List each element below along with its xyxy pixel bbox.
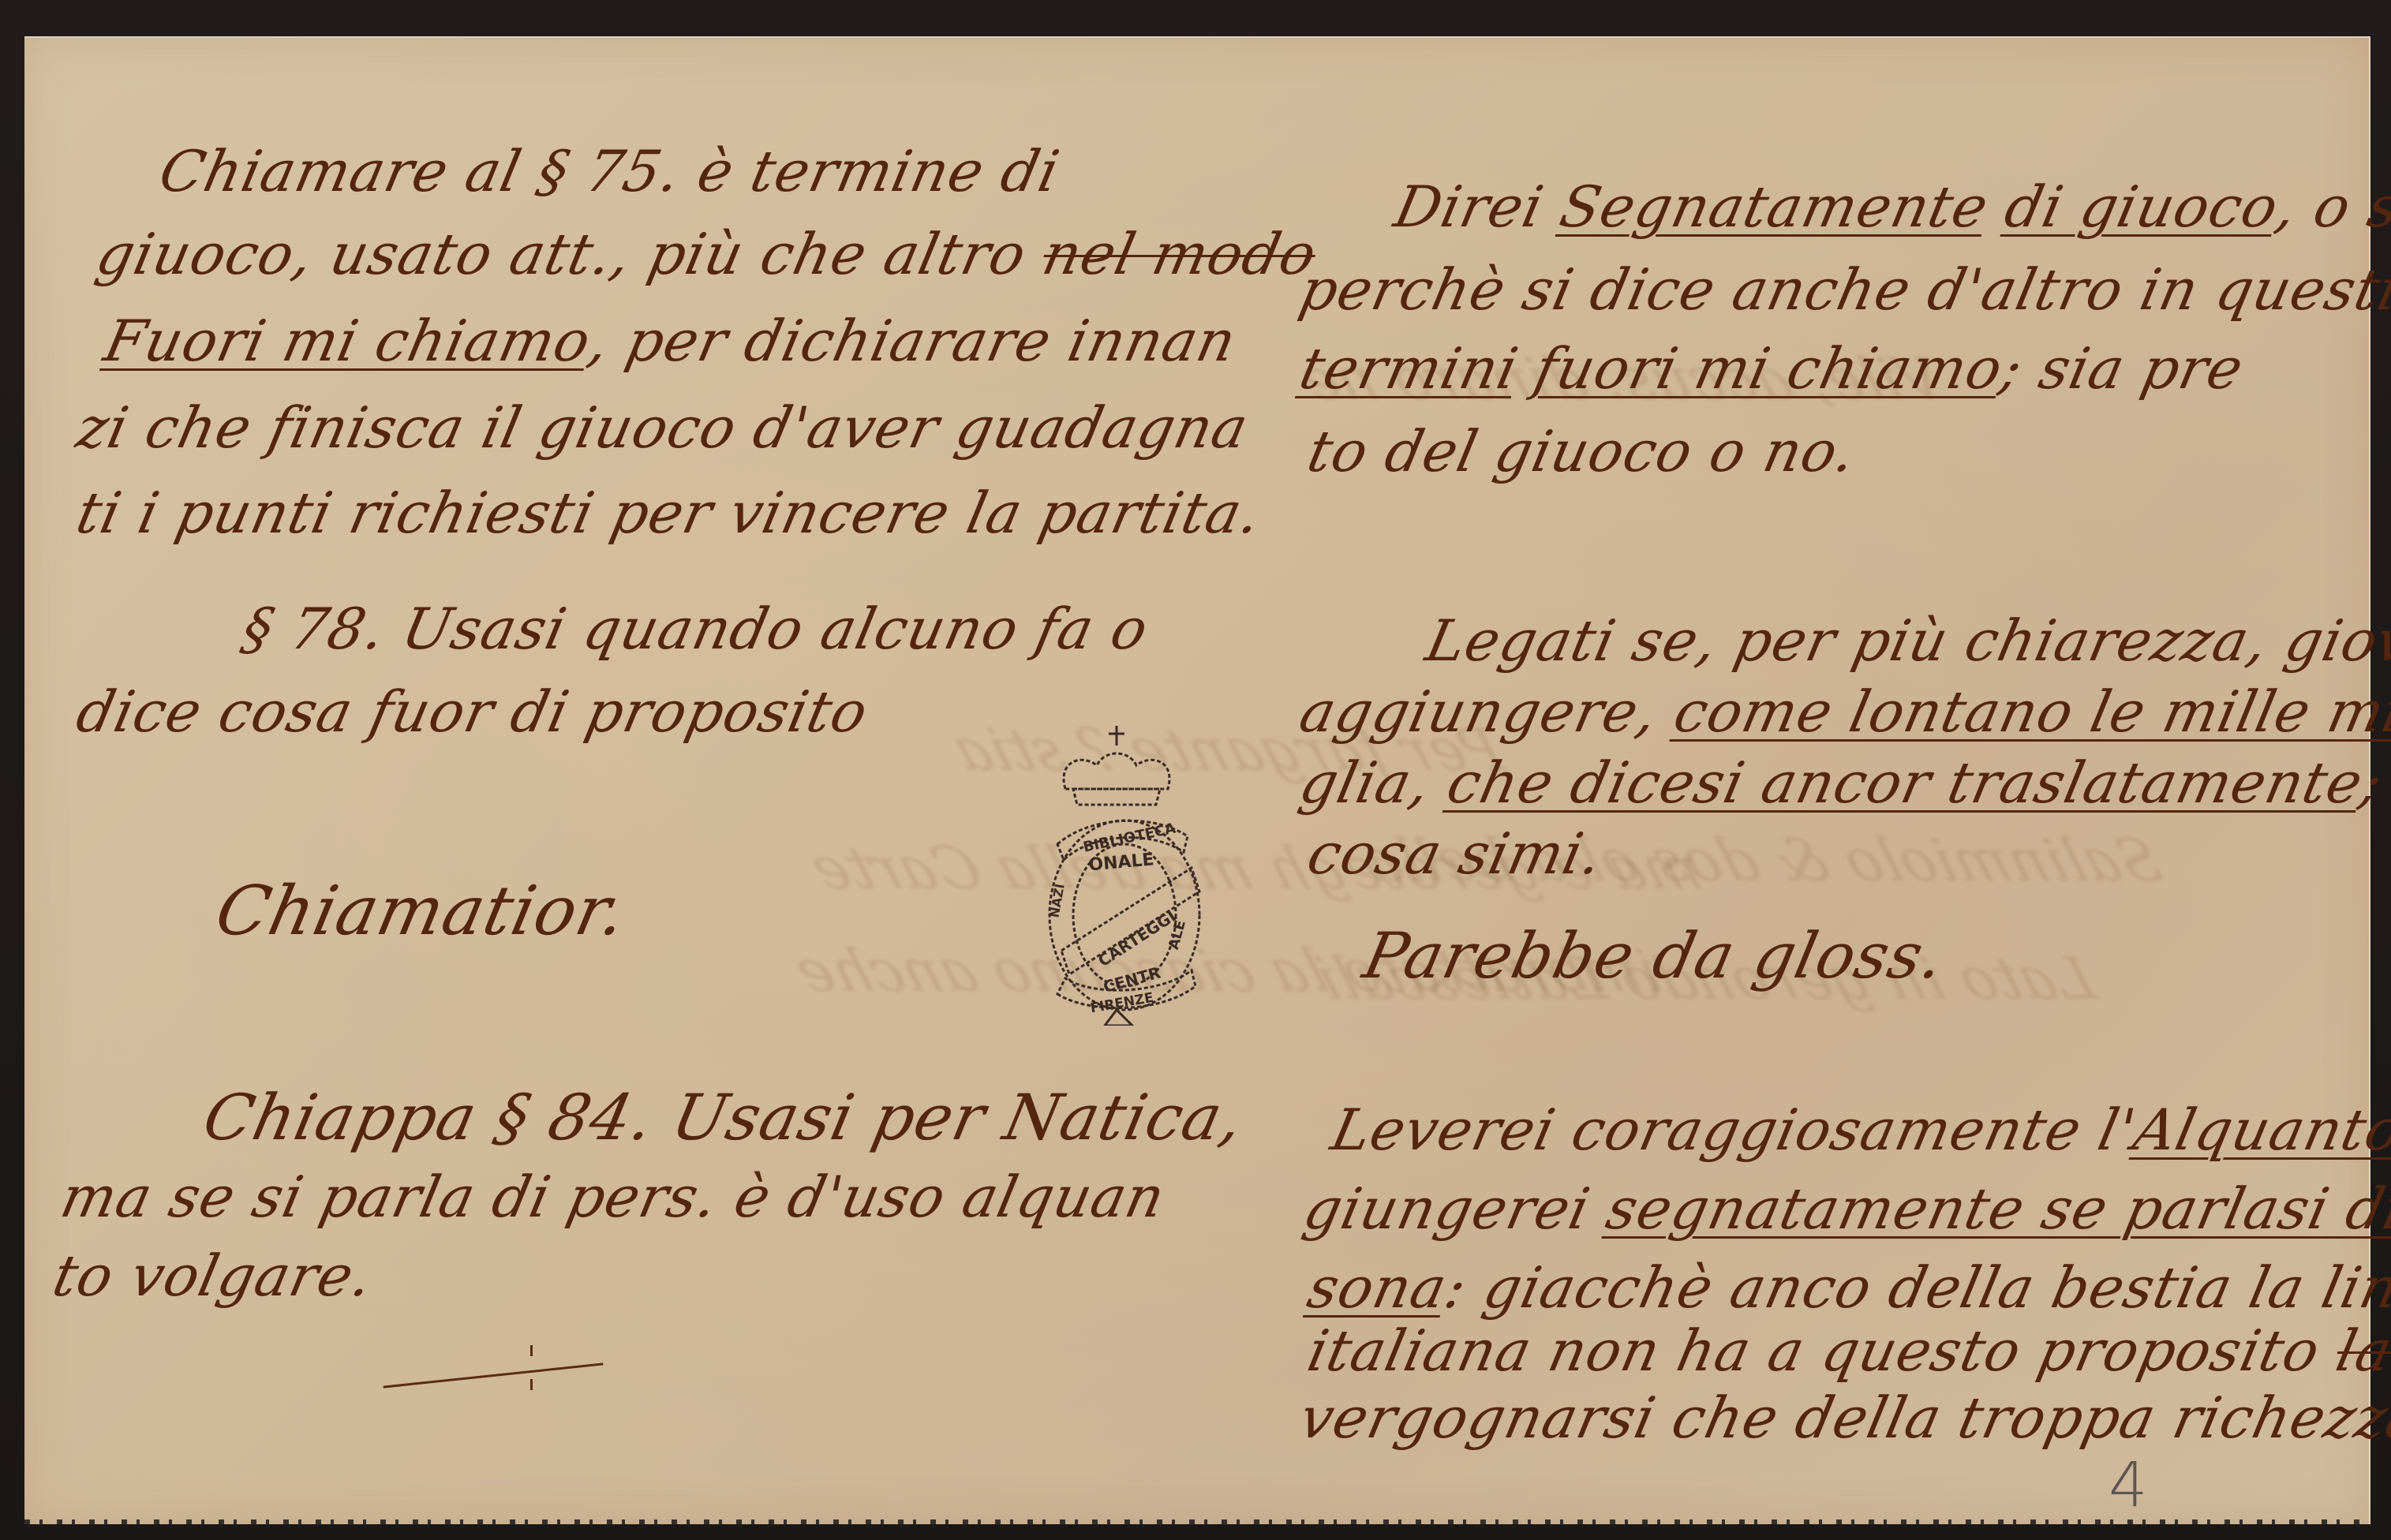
right-line-6: aggiungere, come lontano le mille mi (1294, 678, 2391, 745)
struck-text: nel modo (1037, 221, 1323, 287)
closing-tick-top (530, 1345, 533, 1356)
text: dice cosa fuor di proposito (71, 678, 874, 745)
text: zi che finisca il giuoco d'aver guadagna (71, 394, 1255, 461)
library-stamp: BIBLIOTECA ONALE NAZI CARTEGGI CENTR ALE… (1042, 714, 1211, 1026)
underlined-text: termini (1294, 335, 1525, 402)
right-line-9: Parebbe da gloss. (1357, 919, 1951, 992)
left-line-4: zi che finisca il giuoco d'aver guadagna (71, 394, 1255, 461)
right-line-1: Direi Segnatamente di giuoco, o simi, (1389, 174, 2391, 240)
text: perchè si dice anche d'altro in questi (1294, 256, 2391, 323)
text: vergognarsi che della troppa richezza. (1294, 1385, 2391, 1451)
svg-text:FIRENZE: FIRENZE (1089, 990, 1154, 1017)
closing-tick-bottom (530, 1379, 533, 1390)
left-line-10: ma se si parla di pers. è d'uso alquan (55, 1164, 1171, 1230)
underlined-text: come lontano le mille mi (1668, 678, 2391, 745)
right-line-4: to del giuoco o no. (1302, 418, 1862, 484)
text: Chiappa § 84. Usasi per Natica, (197, 1081, 1250, 1154)
right-line-13: italiana non ha a questo proposito la da (1302, 1318, 2391, 1384)
text: to del giuoco o no. (1302, 418, 1862, 484)
underlined-text: Alquanto (2128, 1097, 2391, 1163)
left-line-2: giuoco, usato att., più che altro nel mo… (91, 221, 1323, 287)
text: cosa simi. (1302, 820, 1608, 887)
left-line-5: ti i punti richiesti per vincere la part… (71, 480, 1267, 546)
left-line-1: Chiamare al § 75. è termine di (154, 138, 1065, 204)
text: Chiamare al § 75. è termine di (154, 138, 1065, 204)
underlined-text: sona (1302, 1254, 1453, 1321)
underlined-text: Segnatamente (1555, 174, 1995, 240)
text: Legati se, per più chiarezza, giovi (1420, 607, 2391, 674)
text: italiana non ha a questo proposito (1302, 1318, 2345, 1384)
right-line-8: cosa simi. (1302, 820, 1608, 887)
stamp-crest-icon: BIBLIOTECA ONALE NAZI CARTEGGI CENTR ALE… (1042, 714, 1211, 1026)
text: glia, (1294, 749, 1456, 816)
left-line-6: § 78. Usasi quando alcuno fa o (237, 596, 1154, 662)
right-line-12: sona: giacchè anco della bestia la lingu… (1302, 1254, 2391, 1321)
right-line-10: Leverei coraggiosamente l'Alquanto: ag (1326, 1097, 2391, 1163)
svg-text:CARTEGGI: CARTEGGI (1094, 906, 1179, 970)
text: Direi (1389, 174, 1569, 240)
text: aggiungere, (1294, 678, 1682, 745)
left-line-11: to volgare. (47, 1243, 379, 1309)
svg-text:BIBLIOTECA: BIBLIOTECA (1082, 820, 1177, 855)
right-line-2: perchè si dice anche d'altro in questi (1294, 256, 2391, 323)
left-line-9: Chiappa § 84. Usasi per Natica, (197, 1081, 1250, 1154)
text: giuoco, usato att., più che altro (91, 221, 1051, 287)
underlined-text: Fuori mi chiamo (99, 308, 597, 374)
text: ti i punti richiesti per vincere la part… (71, 480, 1267, 546)
underlined-text: segnatamente se parlasi di per (1601, 1176, 2391, 1242)
right-line-11: giungerei segnatamente se parlasi di per (1298, 1176, 2391, 1242)
text: ma se si parla di pers. è d'uso alquan (55, 1164, 1171, 1230)
underlined-text: che dicesi ancor traslatamente (1442, 749, 2369, 816)
right-line-14: vergognarsi che della troppa richezza. (1294, 1385, 2391, 1451)
underlined-text: fuori mi chiamo (1529, 335, 2009, 402)
underlined-text: di giuoco (2000, 174, 2284, 240)
page-number: 4 (2108, 1450, 2148, 1521)
text: , o simi, (2270, 174, 2391, 240)
left-line-7: dice cosa fuor di proposito (71, 678, 874, 745)
text: giungerei (1298, 1176, 1615, 1242)
right-line-5: Legati se, per più chiarezza, giovi (1420, 607, 2391, 674)
text: Parebbe da gloss. (1357, 919, 1951, 992)
text: : giacchè anco della bestia la lingua (1439, 1254, 2391, 1321)
text: ; sia pre (1995, 335, 2250, 402)
text: Chiamatior. (209, 872, 634, 951)
left-line-3: Fuori mi chiamo, per dichiarare innan (99, 308, 1242, 374)
left-line-8: Chiamatior. (209, 872, 634, 951)
right-line-3: termini fuori mi chiamo; sia pre (1294, 335, 2250, 402)
svg-text:CENTR: CENTR (1101, 963, 1162, 996)
right-line-7: glia, che dicesi ancor traslatamente; o (1294, 749, 2391, 816)
text: § 78. Usasi quando alcuno fa o (237, 596, 1154, 662)
text: , per dichiarare innan (582, 308, 1242, 374)
text: Leverei coraggiosamente l' (1326, 1097, 2142, 1163)
svg-text:NAZI: NAZI (1047, 883, 1068, 919)
text: to volgare. (47, 1243, 379, 1309)
